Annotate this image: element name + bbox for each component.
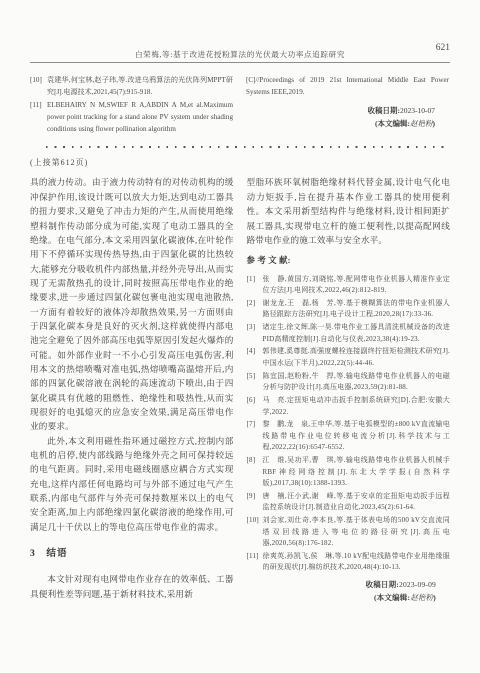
editor-line: (本文编辑:赵艳粉) (246, 117, 449, 130)
running-header: 白荣梅,等:基于改进花授粉算法的光伏最大功率点追踪研究 621 (30, 44, 450, 58)
reference-text: 江 维,吴功平,曹 琪,等.输电线路带电作业机器人机械手RBF神经网络控制[J]… (263, 455, 451, 489)
reference-item: [7] 黎 鹏,龙 泉,王申华,等.基于电弧模型的±800 kV直流输电线路带电… (247, 419, 451, 453)
reference-item: [3] 诸定生,徐文辉,陈一昊.带电作业工器具清洗机械设备的改进PID高精度控制… (247, 322, 451, 345)
reference-item: [2] 谢龙龙,王 磊,杨 芳,等.基于模糊算法的带电作业机器人路径跟踪方法研究… (247, 298, 451, 321)
editor-close-paren: ) (433, 119, 436, 128)
reference-item: [5] 陈宜国,赵粉粉,牛 捍,等.输电线路带电作业机器人的电磁分析与防护设计[… (247, 371, 451, 394)
body-paragraph: 型脂环族环氧树脂绝缘材料代替金属,设计电气化电动力矩扳手,旨在提升基本作业工器具… (247, 175, 451, 247)
continuation-note: (上接第612页) (30, 157, 450, 168)
reference-number: [9] (247, 491, 263, 514)
reference-number: [4] (247, 346, 263, 369)
reference-text: 黎 鹏,龙 泉,王申华,等.基于电弧模型的±800 kV直流输电线路带电作业电位… (263, 419, 451, 453)
dotted-separator (46, 146, 450, 148)
article-body: 具的液力传动。由于液力传动特有的对传动机构的缓冲保护作用,该设计既可以放大力矩,… (30, 175, 450, 603)
reference-number: [11] (30, 99, 47, 135)
reference-text: 郭伟建,奚尊挺.高强度螺栓连接副终拧扭矩检测技术研究[J].中国水运(下半月),… (263, 346, 451, 369)
reference-text: 张 静,黄国方,刘晓铭,等.配网带电作业机器人精准作业定位方法[J].电网技术,… (263, 274, 451, 297)
reference-number: [2] (247, 298, 263, 321)
body-paragraph: 此外,本文利用磁性指环通过磁控方式,控制内部电机的启停,使内部线路与绝缘外壳之间… (30, 434, 234, 534)
reference-number: [7] (247, 419, 263, 453)
reference-number: [5] (247, 371, 263, 394)
received-date-label: 收稿日期: (366, 580, 400, 589)
editor-name: 赵艳粉 (410, 593, 433, 602)
reference-item: [6] 马 亮.定扭矩电动冲击扳手控制系统研究[D].合肥:安徽大学,2022. (247, 395, 451, 418)
top-left-column: [10] 袁建华,何宝林,赵子玮,等.改进乌鸦算法的光伏阵列MPPT研究[J].… (30, 74, 233, 136)
reference-number: [8] (247, 455, 263, 489)
reference-number: [10] (30, 74, 47, 98)
reference-item: [10] 刘会家,刘仕奇,李本良,等.基于体表电场的500 kV交直流同塔双回线… (247, 515, 451, 549)
reference-continuation: [C]//Proceedings of 2019 21st Internatio… (246, 74, 449, 98)
top-right-column: [C]//Proceedings of 2019 21st Internatio… (246, 74, 449, 136)
received-date-line: 收稿日期:2023-10-07 (246, 104, 449, 117)
reference-text: 徐爽英,孙凯飞,侯 琳,等.10 kV配电线路带电作业用绝缘服的研发现状[J].… (263, 551, 451, 574)
reference-item: [11] 徐爽英,孙凯飞,侯 琳,等.10 kV配电线路带电作业用绝缘服的研发现… (247, 551, 451, 574)
reference-item: [8] 江 维,吴功平,曹 琪,等.输电线路带电作业机器人机械手RBF神经网络控… (247, 455, 451, 489)
bottom-meta-block: 收稿日期:2023-09-09 (本文编辑:赵艳粉) (247, 578, 451, 604)
editor-line: (本文编辑:赵艳粉) (247, 591, 451, 604)
reference-item: [10] 袁建华,何宝林,赵子玮,等.改进乌鸦算法的光伏阵列MPPT研究[J].… (30, 74, 233, 98)
section-heading-conclusion: 3 结语 (30, 547, 234, 561)
reference-item: [1] 张 静,黄国方,刘晓铭,等.配网带电作业机器人精准作业定位方法[J].电… (247, 274, 451, 297)
editor-name: 赵艳粉 (410, 119, 433, 128)
page-number: 621 (436, 43, 450, 53)
body-left-column: 具的液力传动。由于液力传动特有的对传动机构的缓冲保护作用,该设计既可以放大力矩,… (30, 175, 234, 603)
reference-text: 马 亮.定扭矩电动冲击扳手控制系统研究[D].合肥:安徽大学,2022. (263, 395, 451, 418)
received-date-label: 收稿日期: (368, 106, 401, 115)
page-content: 白荣梅,等:基于改进花授粉算法的光伏最大功率点追踪研究 621 [10] 袁建华… (30, 44, 450, 604)
reference-text: ELBEHAIRY N M,SWIEF R A,ABDIN A M,et al.… (47, 99, 233, 135)
received-date-line: 收稿日期:2023-09-09 (247, 578, 451, 591)
header-rule (30, 62, 450, 63)
journal-page: 白荣梅,等:基于改进花授粉算法的光伏最大功率点追踪研究 621 [10] 袁建华… (0, 0, 480, 673)
reference-item: [9] 唐 楠,汪小武,谢 峰,等.基于安卓的定扭矩电动扳手远程监控系统设计[J… (247, 491, 451, 514)
top-reference-section: [10] 袁建华,何宝林,赵子玮,等.改进乌鸦算法的光伏阵列MPPT研究[J].… (30, 74, 450, 136)
reference-number: [1] (247, 274, 263, 297)
reference-text: 谢龙龙,王 磊,杨 芳,等.基于模糊算法的带电作业机器人路径跟踪方法研究[J].… (263, 298, 451, 321)
reference-text: 唐 楠,汪小武,谢 峰,等.基于安卓的定扭矩电动扳手远程监控系统设计[J].制造… (263, 491, 451, 514)
reference-text: 陈宜国,赵粉粉,牛 捍,等.输电线路带电作业机器人的电磁分析与防护设计[J].高… (263, 371, 451, 394)
body-right-column: 型脂环族环氧树脂绝缘材料代替金属,设计电气化电动力矩扳手,旨在提升基本作业工器具… (247, 175, 451, 603)
editor-label: (本文编辑: (374, 593, 410, 602)
reference-item: [11] ELBEHAIRY N M,SWIEF R A,ABDIN A M,e… (30, 99, 233, 135)
reference-number: [11] (247, 551, 263, 574)
reference-text: 袁建华,何宝林,赵子玮,等.改进乌鸦算法的光伏阵列MPPT研究[J].电源技术,… (47, 74, 233, 98)
reference-text: 诸定生,徐文辉,陈一昊.带电作业工器具清洗机械设备的改进PID高精度控制[J].… (263, 322, 451, 345)
top-meta-block: 收稿日期:2023-10-07 (本文编辑:赵艳粉) (246, 104, 449, 130)
editor-label: (本文编辑: (375, 119, 410, 128)
reference-item: [4] 郭伟建,奚尊挺.高强度螺栓连接副终拧扭矩检测技术研究[J].中国水运(下… (247, 346, 451, 369)
body-paragraph: 具的液力传动。由于液力传动特有的对传动机构的缓冲保护作用,该设计既可以放大力矩,… (30, 175, 234, 433)
body-paragraph: 本文针对现有电网带电作业存在的效率低、工器具便利性差等问题,基于新材料技术,采用… (30, 572, 234, 601)
running-title: 白荣梅,等:基于改进花授粉算法的光伏最大功率点追踪研究 (135, 50, 345, 59)
editor-close-paren: ) (433, 593, 436, 602)
received-date-value: 2023-10-07 (400, 106, 435, 115)
reference-text: 刘会家,刘仕奇,李本良,等.基于体表电场的500 kV交直流同塔双回线路进入等电… (263, 515, 451, 549)
received-date-value: 2023-09-09 (399, 580, 436, 589)
references-list: [1] 张 静,黄国方,刘晓铭,等.配网带电作业机器人精准作业定位方法[J].电… (247, 274, 451, 574)
reference-number: [3] (247, 322, 263, 345)
references-heading: 参 考 文 献: (247, 254, 451, 268)
reference-number: [10] (247, 515, 263, 549)
reference-number: [6] (247, 395, 263, 418)
